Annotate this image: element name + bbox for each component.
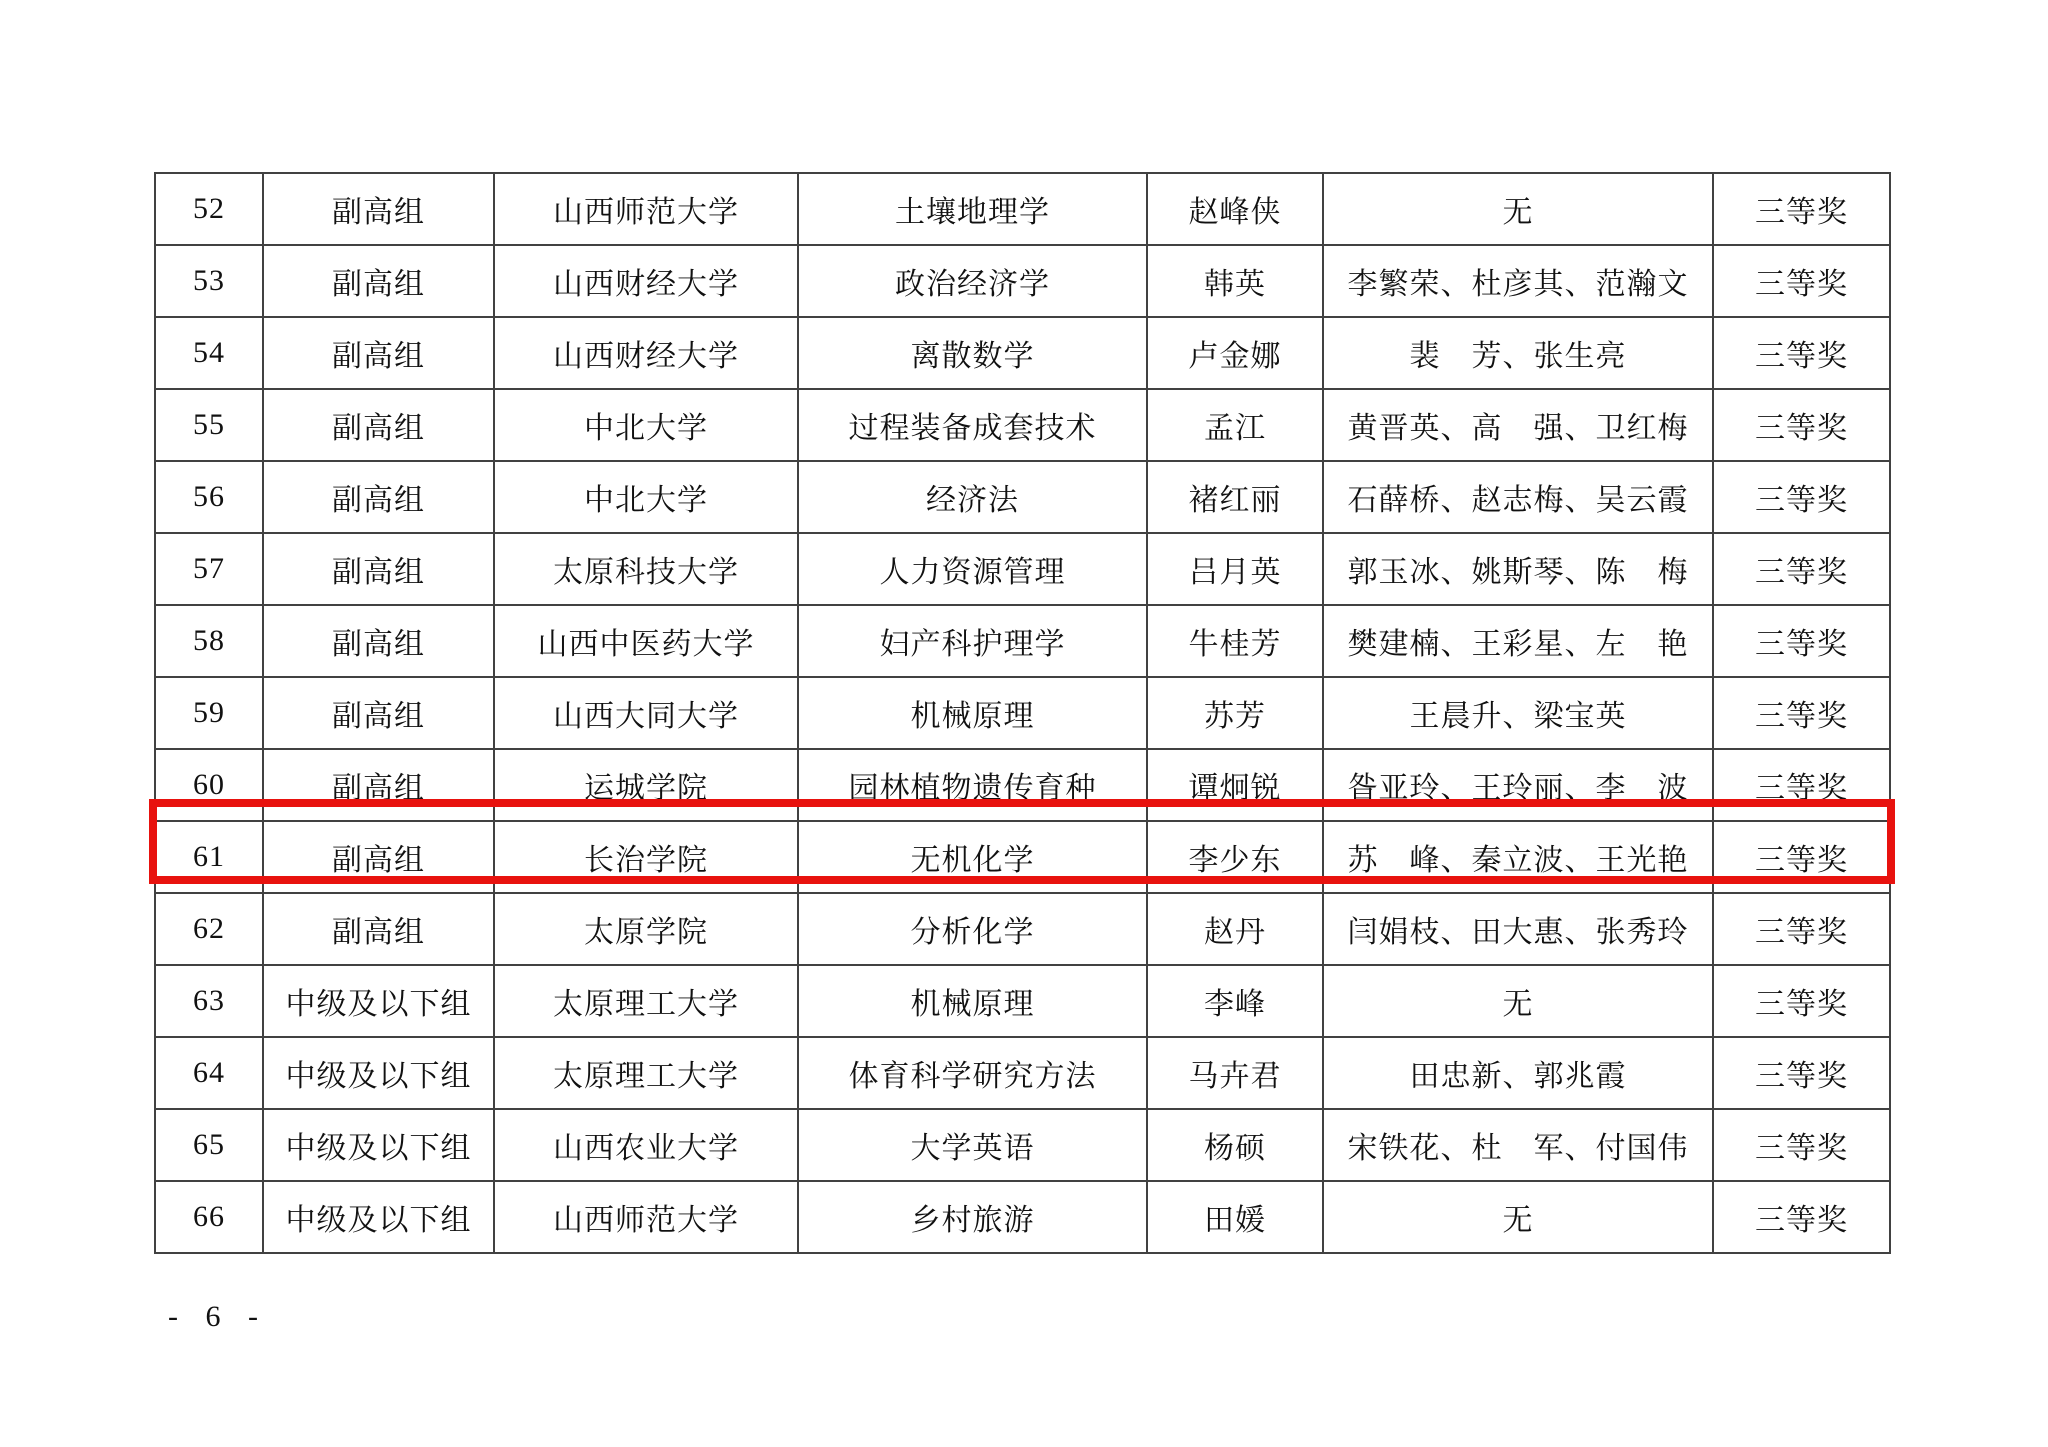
cell-person-name: 牛桂芳 — [1147, 605, 1323, 677]
cell-group: 中级及以下组 — [263, 1037, 494, 1109]
cell-award-level: 三等奖 — [1713, 389, 1890, 461]
cell-group: 副高组 — [263, 749, 494, 821]
cell-other-members: 樊建楠、王彩星、左 艳 — [1323, 605, 1713, 677]
cell-other-members: 无 — [1323, 965, 1713, 1037]
cell-group: 副高组 — [263, 677, 494, 749]
table-row: 59 副高组 山西大同大学 机械原理 苏芳 王晨升、梁宝英 三等奖 — [155, 677, 1890, 749]
cell-other-members: 苏 峰、秦立波、王光艳 — [1323, 821, 1713, 893]
cell-row-number: 65 — [155, 1109, 263, 1181]
cell-other-members: 李繁荣、杜彦其、范瀚文 — [1323, 245, 1713, 317]
cell-row-number: 62 — [155, 893, 263, 965]
cell-award-level: 三等奖 — [1713, 245, 1890, 317]
cell-course: 大学英语 — [798, 1109, 1147, 1181]
cell-row-number: 66 — [155, 1181, 263, 1253]
cell-group: 副高组 — [263, 893, 494, 965]
cell-person-name: 赵丹 — [1147, 893, 1323, 965]
cell-university: 太原理工大学 — [494, 965, 798, 1037]
cell-person-name: 马卉君 — [1147, 1037, 1323, 1109]
cell-award-level: 三等奖 — [1713, 893, 1890, 965]
cell-other-members: 闫娟枝、田大惠、张秀玲 — [1323, 893, 1713, 965]
cell-row-number: 54 — [155, 317, 263, 389]
cell-university: 山西财经大学 — [494, 317, 798, 389]
cell-other-members: 无 — [1323, 173, 1713, 245]
cell-course: 无机化学 — [798, 821, 1147, 893]
cell-university: 太原理工大学 — [494, 1037, 798, 1109]
cell-other-members: 无 — [1323, 1181, 1713, 1253]
cell-person-name: 田媛 — [1147, 1181, 1323, 1253]
cell-person-name: 褚红丽 — [1147, 461, 1323, 533]
cell-course: 政治经济学 — [798, 245, 1147, 317]
cell-row-number: 64 — [155, 1037, 263, 1109]
cell-row-number: 59 — [155, 677, 263, 749]
table-row: 64 中级及以下组 太原理工大学 体育科学研究方法 马卉君 田忠新、郭兆霞 三等… — [155, 1037, 1890, 1109]
cell-university: 太原科技大学 — [494, 533, 798, 605]
award-table: 52 副高组 山西师范大学 土壤地理学 赵峰侠 无 三等奖 53 副高组 山西财… — [154, 172, 1891, 1254]
cell-university: 山西财经大学 — [494, 245, 798, 317]
cell-course: 人力资源管理 — [798, 533, 1147, 605]
cell-person-name: 苏芳 — [1147, 677, 1323, 749]
cell-other-members: 郭玉冰、姚斯琴、陈 梅 — [1323, 533, 1713, 605]
cell-other-members: 王晨升、梁宝英 — [1323, 677, 1713, 749]
cell-award-level: 三等奖 — [1713, 677, 1890, 749]
table-row: 52 副高组 山西师范大学 土壤地理学 赵峰侠 无 三等奖 — [155, 173, 1890, 245]
cell-row-number: 58 — [155, 605, 263, 677]
table-row: 53 副高组 山西财经大学 政治经济学 韩英 李繁荣、杜彦其、范瀚文 三等奖 — [155, 245, 1890, 317]
table-row: 56 副高组 中北大学 经济法 褚红丽 石薛桥、赵志梅、吴云霞 三等奖 — [155, 461, 1890, 533]
cell-group: 副高组 — [263, 461, 494, 533]
cell-row-number: 63 — [155, 965, 263, 1037]
cell-university: 山西师范大学 — [494, 1181, 798, 1253]
cell-group: 副高组 — [263, 245, 494, 317]
table-row: 63 中级及以下组 太原理工大学 机械原理 李峰 无 三等奖 — [155, 965, 1890, 1037]
cell-award-level: 三等奖 — [1713, 749, 1890, 821]
page-number: - 6 - — [168, 1300, 268, 1334]
cell-award-level: 三等奖 — [1713, 1037, 1890, 1109]
cell-group: 副高组 — [263, 533, 494, 605]
cell-university: 山西师范大学 — [494, 173, 798, 245]
cell-group: 副高组 — [263, 605, 494, 677]
cell-group: 副高组 — [263, 389, 494, 461]
cell-award-level: 三等奖 — [1713, 965, 1890, 1037]
table-row: 55 副高组 中北大学 过程装备成套技术 孟江 黄晋英、高 强、卫红梅 三等奖 — [155, 389, 1890, 461]
cell-university: 长治学院 — [494, 821, 798, 893]
cell-university: 山西中医药大学 — [494, 605, 798, 677]
cell-course: 乡村旅游 — [798, 1181, 1147, 1253]
cell-course: 离散数学 — [798, 317, 1147, 389]
document-page: 52 副高组 山西师范大学 土壤地理学 赵峰侠 无 三等奖 53 副高组 山西财… — [0, 0, 2048, 1447]
cell-person-name: 谭炯锐 — [1147, 749, 1323, 821]
cell-person-name: 韩英 — [1147, 245, 1323, 317]
table-row: 60 副高组 运城学院 园林植物遗传育种 谭炯锐 昝亚玲、王玲丽、李 波 三等奖 — [155, 749, 1890, 821]
cell-person-name: 杨硕 — [1147, 1109, 1323, 1181]
cell-person-name: 赵峰侠 — [1147, 173, 1323, 245]
cell-university: 山西大同大学 — [494, 677, 798, 749]
cell-course: 过程装备成套技术 — [798, 389, 1147, 461]
cell-course: 体育科学研究方法 — [798, 1037, 1147, 1109]
cell-award-level: 三等奖 — [1713, 173, 1890, 245]
cell-course: 园林植物遗传育种 — [798, 749, 1147, 821]
cell-other-members: 田忠新、郭兆霞 — [1323, 1037, 1713, 1109]
cell-row-number: 53 — [155, 245, 263, 317]
cell-other-members: 宋铁花、杜 军、付国伟 — [1323, 1109, 1713, 1181]
cell-person-name: 吕月英 — [1147, 533, 1323, 605]
cell-group: 中级及以下组 — [263, 1181, 494, 1253]
table-row: 62 副高组 太原学院 分析化学 赵丹 闫娟枝、田大惠、张秀玲 三等奖 — [155, 893, 1890, 965]
table-row: 58 副高组 山西中医药大学 妇产科护理学 牛桂芳 樊建楠、王彩星、左 艳 三等… — [155, 605, 1890, 677]
cell-other-members: 石薛桥、赵志梅、吴云霞 — [1323, 461, 1713, 533]
cell-course: 经济法 — [798, 461, 1147, 533]
cell-course: 分析化学 — [798, 893, 1147, 965]
cell-award-level: 三等奖 — [1713, 1109, 1890, 1181]
cell-person-name: 卢金娜 — [1147, 317, 1323, 389]
cell-course: 机械原理 — [798, 677, 1147, 749]
table-row: 65 中级及以下组 山西农业大学 大学英语 杨硕 宋铁花、杜 军、付国伟 三等奖 — [155, 1109, 1890, 1181]
cell-row-number: 55 — [155, 389, 263, 461]
cell-course: 机械原理 — [798, 965, 1147, 1037]
cell-university: 中北大学 — [494, 461, 798, 533]
cell-award-level: 三等奖 — [1713, 605, 1890, 677]
cell-person-name: 李峰 — [1147, 965, 1323, 1037]
cell-person-name: 孟江 — [1147, 389, 1323, 461]
cell-course: 妇产科护理学 — [798, 605, 1147, 677]
cell-award-level: 三等奖 — [1713, 821, 1890, 893]
cell-group: 中级及以下组 — [263, 965, 494, 1037]
cell-group: 副高组 — [263, 173, 494, 245]
cell-award-level: 三等奖 — [1713, 1181, 1890, 1253]
table-row: 66 中级及以下组 山西师范大学 乡村旅游 田媛 无 三等奖 — [155, 1181, 1890, 1253]
cell-row-number: 52 — [155, 173, 263, 245]
cell-row-number: 56 — [155, 461, 263, 533]
cell-award-level: 三等奖 — [1713, 317, 1890, 389]
cell-award-level: 三等奖 — [1713, 533, 1890, 605]
cell-other-members: 黄晋英、高 强、卫红梅 — [1323, 389, 1713, 461]
cell-row-number: 60 — [155, 749, 263, 821]
cell-university: 太原学院 — [494, 893, 798, 965]
table-row: 61 副高组 长治学院 无机化学 李少东 苏 峰、秦立波、王光艳 三等奖 — [155, 821, 1890, 893]
cell-row-number: 57 — [155, 533, 263, 605]
cell-university: 山西农业大学 — [494, 1109, 798, 1181]
cell-university: 运城学院 — [494, 749, 798, 821]
cell-group: 副高组 — [263, 317, 494, 389]
cell-group: 中级及以下组 — [263, 1109, 494, 1181]
table-row: 57 副高组 太原科技大学 人力资源管理 吕月英 郭玉冰、姚斯琴、陈 梅 三等奖 — [155, 533, 1890, 605]
cell-row-number: 61 — [155, 821, 263, 893]
cell-other-members: 昝亚玲、王玲丽、李 波 — [1323, 749, 1713, 821]
cell-award-level: 三等奖 — [1713, 461, 1890, 533]
cell-university: 中北大学 — [494, 389, 798, 461]
table-row: 54 副高组 山西财经大学 离散数学 卢金娜 裴 芳、张生亮 三等奖 — [155, 317, 1890, 389]
cell-person-name: 李少东 — [1147, 821, 1323, 893]
cell-course: 土壤地理学 — [798, 173, 1147, 245]
cell-other-members: 裴 芳、张生亮 — [1323, 317, 1713, 389]
cell-group: 副高组 — [263, 821, 494, 893]
